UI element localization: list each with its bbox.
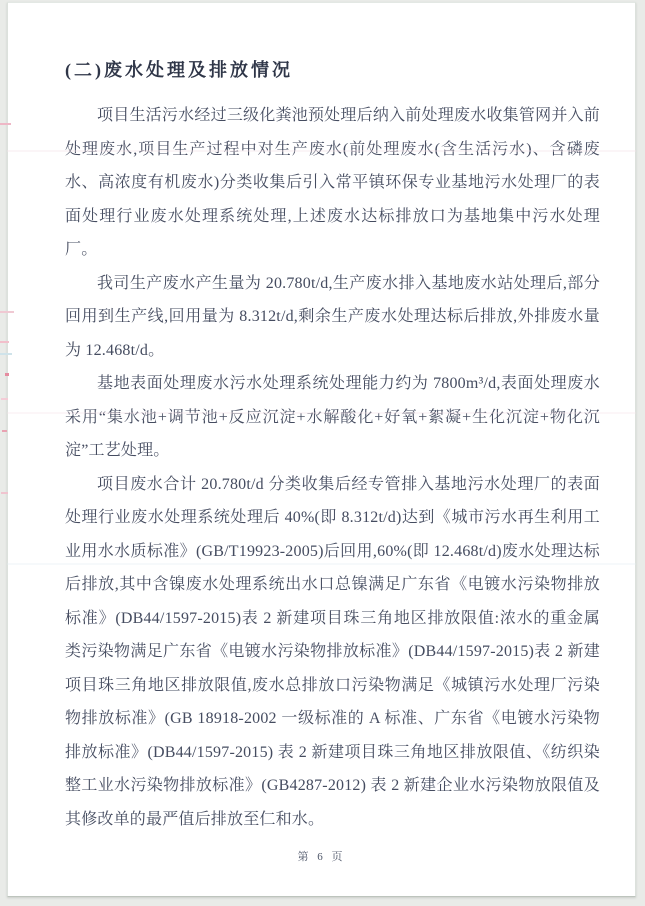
- page-content: (二)废水处理及排放情况 项目生活污水经过三级化粪池预处理后纳入前处理废水收集管…: [65, 55, 600, 836]
- paragraph-production-wastewater-volume: 我司生产废水产生量为 20.780t/d,生产废水排入基地废水站处理后,部分回用…: [65, 267, 600, 368]
- paragraph-domestic-wastewater: 项目生活污水经过三级化粪池预处理后纳入前处理废水收集管网并入前处理废水,项目生产…: [65, 99, 600, 267]
- page-number: 第 6 页: [8, 848, 635, 864]
- paragraph-discharge-standards: 项目废水合计 20.780t/d 分类收集后经专管排入基地污水处理厂的表面处理行…: [65, 468, 600, 837]
- document-page: (二)废水处理及排放情况 项目生活污水经过三级化粪池预处理后纳入前处理废水收集管…: [7, 2, 636, 897]
- section-heading: (二)废水处理及排放情况: [65, 55, 600, 85]
- paragraph-treatment-process: 基地表面处理废水污水处理系统处理能力约为 7800m³/d,表面处理废水采用“集…: [65, 367, 600, 468]
